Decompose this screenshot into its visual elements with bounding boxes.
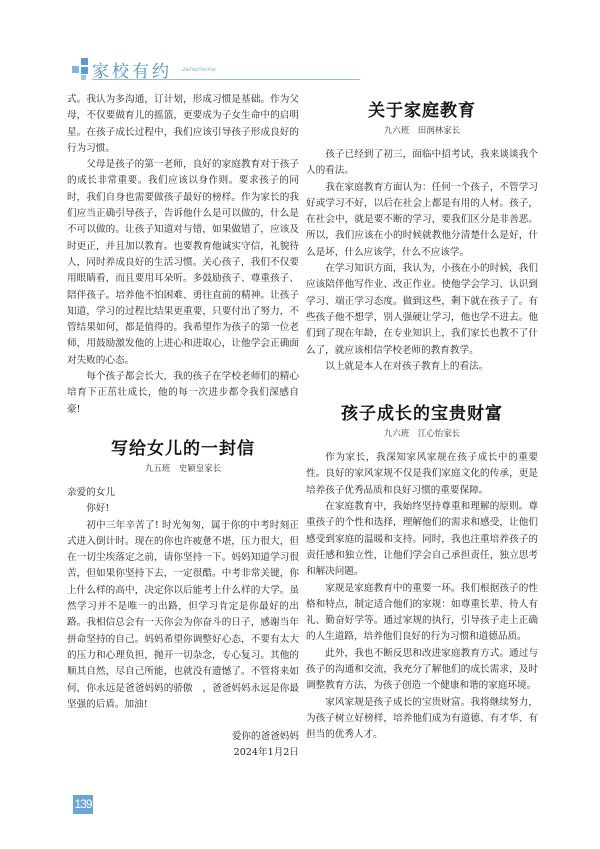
article-title: 孩子成长的宝贵财富 xyxy=(306,403,538,425)
section-subtitle: JiaXiaoYouYue xyxy=(182,67,216,73)
paragraph: 孩子已经到了初三，面临中招考试，我来谈谈我个人的看法。 xyxy=(306,147,538,180)
logo-squares-icon xyxy=(72,58,94,80)
paragraph: 作为家长，我深知家风家规在孩子成长中的重要性。良好的家风家规不仅是我们家庭文化的… xyxy=(306,450,538,499)
article-byline: 九六班 江心怡家长 xyxy=(306,427,538,441)
paragraph: 以上就是本人在对孩子教育上的看法。 xyxy=(306,359,538,375)
paragraph: 父母是孩子的第一老师，良好的家庭教育对于孩子的成长非常重要。我们应该以身作则。要… xyxy=(67,157,299,369)
paragraph: 家规是家庭教育中的重要一环。我们根据孩子的性格和特点，制定适合他们的家规：如尊重… xyxy=(306,581,538,646)
paragraph: 每个孩子都会长大，我的孩子在学校老师们的精心培育下正茁壮成长，他的每一次进步都令… xyxy=(67,369,299,418)
paragraph: 我在家庭教育方面认为：任何一个孩子，不管学习好或学习不好，以后在社会上都是有用的… xyxy=(306,180,538,261)
letter-body: 初中三年辛苦了! 时光匆匆，属于你的中考时刻正式进入倒计时。现在的你也许疲惫不堪… xyxy=(67,518,299,714)
left-column: 式。我认为多沟通，订计划，形成习惯是基础。作为父母，不仅要做育儿的摇篮，更要成为… xyxy=(67,92,299,762)
article-title: 写给女儿的一封信 xyxy=(67,438,299,460)
paragraph: 在学习知识方面，我认为，小孩在小的时候，我们应该陪伴他写作业、改正作业。使他学会… xyxy=(306,261,538,359)
letter-date: 2024年1月2日 xyxy=(67,745,299,761)
paragraph: 此外，我也不断反思和改进家庭教育方式。通过与孩子的沟通和交流，我充分了解他们的成… xyxy=(306,646,538,695)
right-column: 关于家庭教育 九六班 田润林家长 孩子已经到了初三，面临中招考试，我来谈谈我个人… xyxy=(306,92,538,744)
article-title: 关于家庭教育 xyxy=(306,100,538,122)
letter-greeting: 你好! xyxy=(67,501,299,517)
header-divider xyxy=(92,79,360,80)
letter-salutation: 亲爱的女儿 xyxy=(67,485,299,501)
paragraph: 家风家规是孩子成长的宝贵财富。我将继续努力，为孩子树立好榜样，培养他们成为有道德… xyxy=(306,695,538,744)
section-header: 家校有约 JiaXiaoYouYue xyxy=(72,56,292,82)
article-byline: 九五班 史颖皇家长 xyxy=(67,462,299,476)
letter-signature: 爱你的爸爸妈妈 xyxy=(67,729,299,745)
article-byline: 九六班 田润林家长 xyxy=(306,124,538,138)
paragraph: 式。我认为多沟通，订计划，形成习惯是基础。作为父母，不仅要做育儿的摇篮，更要成为… xyxy=(67,92,299,157)
page-number: 139 xyxy=(73,795,93,814)
paragraph: 在家庭教育中，我始终坚持尊重和理解的原则。尊重孩子的个性和选择，理解他们的需求和… xyxy=(306,499,538,580)
